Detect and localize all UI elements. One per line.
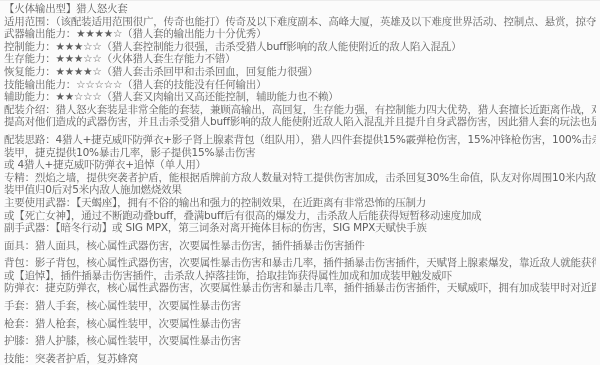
build-plan-line-2: 装甲，捷克提供10%暴击几率，影子提供15%暴击伤害 bbox=[4, 147, 596, 160]
mask-section: 面具：猎人面具，核心属性武器伤害，次要属性暴击伤害，插件插暴击伤害插件 bbox=[4, 240, 596, 253]
support-rating-line: 辅助能力：★★☆☆☆（猎人套又肉输出又高还能控制，辅助能力也不赖） bbox=[4, 91, 596, 104]
build-intro-line-1: 配装介绍：猎人怒火套装是非常全能的套装，兼顾高输出，高回复，生存能力强，有控制能… bbox=[4, 104, 596, 117]
gloves-section: 手套：猎人手套，核心属性装甲，次要属性暴击伤害 bbox=[4, 300, 596, 313]
skills-line: 技能：突袭者护盾，复苏蜂窝 bbox=[4, 353, 596, 365]
build-title: 【火体输出型】猎人怒火套 bbox=[4, 3, 596, 16]
backpack-line: 背包：影子背包，核心属性武器伤害，次要属性暴击伤害和暴击几率，插件插暴击伤害插件… bbox=[4, 257, 596, 270]
kneepads-section: 护膝：猎人护膝，核心属性装甲，次要属性暴击伤害 bbox=[4, 335, 596, 348]
secondary-weapon-line: 副手武器：【暗冬行动】或 SIG MPX，第三词条对离开掩体目标的伤害，SIG … bbox=[4, 222, 596, 235]
skills-section: 技能：突袭者护盾，复苏蜂窝 bbox=[4, 353, 596, 365]
skill-output-rating-line: 技能输出能力：☆☆☆☆☆（猎人套的技能没有任何输出） bbox=[4, 79, 596, 92]
kneepads-line: 护膝：猎人护膝，核心属性装甲，次要属性暴击伤害 bbox=[4, 335, 596, 348]
scope-line: 适用范围：（该配装适用范围很广，传奇也能打）传奇及以下难度副本、高峰大厦，英雄及… bbox=[4, 16, 596, 29]
build-plan-line-1: 配装思路：4猎人+捷克威吓防弹衣+影子肾上腺素背包（组队用），猎人四件套提供15… bbox=[4, 134, 596, 147]
weapon-output-rating-line: 武器输出能力：★★★★☆（猎人套的输出能力十分优秀） bbox=[4, 28, 596, 41]
control-rating-line: 控制能力：★★★☆☆（猎人套控制能力很强，击杀受猎人buff影响的敌人能使附近的… bbox=[4, 41, 596, 54]
specialization-line-2: 装甲值归0后对5米内敌人施加燃烧效果 bbox=[4, 184, 596, 197]
recovery-rating-line: 恢复能力：★★★★☆（猎人套击杀回甲和击杀回血，回复能力很强） bbox=[4, 66, 596, 79]
survival-rating-line: 生存能力：★★★☆☆（火体猎人套生存能力不错） bbox=[4, 53, 596, 66]
gloves-line: 手套：猎人手套，核心属性装甲，次要属性暴击伤害 bbox=[4, 300, 596, 313]
backpack-vest-section: 背包：影子背包，核心属性武器伤害，次要属性暴击伤害和暴击几率，插件插暴击伤害插件… bbox=[4, 257, 596, 295]
guide-text-page: 【火体输出型】猎人怒火套 适用范围：（该配装适用范围很广，传奇也能打）传奇及以下… bbox=[0, 0, 600, 365]
vest-line: 防弹衣：捷克防弹衣，核心属性武器伤害，次要属性暴击伤害和暴击几率，插件插暴击伤害… bbox=[4, 282, 596, 295]
holster-section: 枪套：猎人枪套，核心属性装甲，次要属性暴击伤害 bbox=[4, 318, 596, 331]
build-plan-section: 配装思路：4猎人+捷克威吓防弹衣+影子肾上腺素背包（组队用），猎人四件套提供15… bbox=[4, 134, 596, 235]
primary-weapon-alt-line: 或【死亡女神】，通过不断跑动叠buff，叠满buff后有很高的爆发力，击杀敌人后… bbox=[4, 210, 596, 223]
specialization-line-1: 专精：烈焰之墙，提供突袭者护盾，能根据盾牌前方敌人数量对特工提供伤害加成，击杀回… bbox=[4, 172, 596, 185]
build-intro-line-2: 提高对他们造成的武器伤害，并且击杀受猎人buff影响的敌人能使附近敌人陷入混乱并… bbox=[4, 116, 596, 129]
primary-weapon-line: 主要使用武器：【天蝎座】，拥有不俗的输出和强力的控制效果，在近距离有非常恐怖的压… bbox=[4, 197, 596, 210]
mask-line: 面具：猎人面具，核心属性武器伤害，次要属性暴击伤害，插件插暴击伤害插件 bbox=[4, 240, 596, 253]
backpack-alt-line: 或【追悼】，插件插暴击伤害插件，击杀敌人掉落挂饰，拾取挂饰获得属性加成和加成装甲… bbox=[4, 270, 596, 283]
overview-section: 【火体输出型】猎人怒火套 适用范围：（该配装适用范围很广，传奇也能打）传奇及以下… bbox=[4, 3, 596, 129]
holster-line: 枪套：猎人枪套，核心属性装甲，次要属性暴击伤害 bbox=[4, 318, 596, 331]
build-plan-alt-line: 或 4猎人+捷克威吓防弹衣+追悼（单人用） bbox=[4, 159, 596, 172]
